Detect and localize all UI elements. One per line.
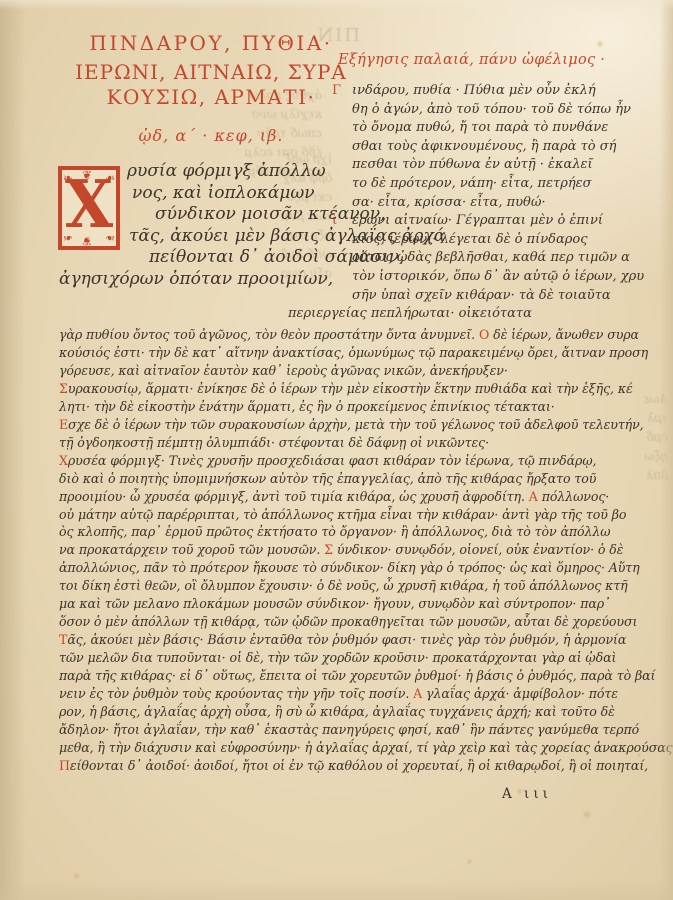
text-line: ρον, ἡ βάσις, ἀγλαΐας ἀρχὴ οὖσα, ἢ σὺ ὦ … (59, 703, 635, 721)
text-run: να προκατάρχειν τοῦ χοροῦ τῶν μουσῶν. (59, 542, 324, 557)
text-run: δὲ ἱέρων, ἄνωθεν συρα (489, 327, 639, 342)
text-run: ύνδικον· συνῳδόν, οἱονεί, οὐκ ἐναντίον· … (333, 542, 623, 557)
text-run: σῆν ὑπαὶ σχεῖν κιθάραν· τὰ δὲ τοιαῦτα (352, 288, 611, 303)
text-line: σῆν ὑπαὶ σχεῖν κιθάραν· τὰ δὲ τοιαῦτα (352, 287, 634, 306)
page-edge-shading (0, 880, 673, 900)
scholia-title: Εξήγησις παλαιά, πάνυ ὠφέλιμος · (338, 52, 633, 68)
text-line: το δὲ πρότερον, νάπη· εἶτα, πετρήεσ (352, 175, 634, 194)
text-run: είθονται δ᾽ ἀοιδοί· ἀοιδοί, ἤτοι οἱ ἐν τ… (70, 758, 648, 773)
text-line: γὰρ πυθίου ὄντος τοῦ ἀγῶνος, τὸν θεὸν πρ… (59, 326, 635, 344)
text-line: ἄδηλον· ἤτοι ἀγλαΐαν, τὴν καθ᾽ ἑκαστὰς π… (59, 721, 635, 739)
text-line: νος, καὶ ἰοπλοκάμων (132, 183, 339, 205)
red-initial: Σ (59, 381, 68, 396)
text-line: τὸν ἱστορικόν, ὅπω δ᾽ ἂν αὐτῷ ὁ ἱέρων, χ… (352, 268, 634, 287)
text-run: τῇ ὀγδοηκοστῇ πέμπτῃ ὀλυμπιάδι· στέφοντα… (59, 435, 489, 450)
text-run: ὅσον ὁ μὲν ἀπόλλων τῇ κιθάρᾳ, τῶν ᾠδῶν π… (59, 614, 637, 629)
text-run: ρον, ἡ βάσις, ἀγλαΐας ἀρχὴ οὖσα, ἢ σὺ ὦ … (59, 704, 615, 719)
text-run: τὸν ἱστορικόν, ὅπω δ᾽ ἂν αὐτῷ ὁ ἱέρων, χ… (352, 269, 644, 284)
text-line: μεθα, ἢ τὴν διάχυσιν καὶ εὐφροσύνην· ἡ ἀ… (59, 739, 635, 757)
text-run: τὸ ὄνομα πυθώ, ἤ τοι παρὰ τὸ πυνθάνε (352, 120, 608, 135)
text-line: Συρακουσίῳ, ἅρματι· ἐνίκησε δὲ ὁ ἱέρων τ… (59, 380, 635, 398)
text-line: σθαι τοὺς ἀφικνουμένους, ἢ παρὰ τὸ σή (352, 138, 634, 157)
text-run: τᾶς, ἀκούει μὲν βάσις ἀγλαΐας ἀρχά (129, 226, 445, 246)
text-line: Χρυσέα φόρμιγξ· Τινὲς χρυσῆν προσχεδιάσα… (59, 452, 635, 470)
text-run: ηξω (644, 449, 668, 463)
text-run: τρλ (647, 411, 668, 425)
text-line: Αωε (632, 390, 668, 409)
text-line: περιεργείας πεπλήρωται· οἰκειότατα (288, 305, 634, 324)
text-run: ινδάρου, πυθία · Πύθια μὲν οὖν ἐκλή (352, 83, 596, 98)
foxing-spot (582, 810, 592, 819)
text-run: σχε δὲ ὁ ἱέρων τὴν τῶν συρακουσίων ἀρχὴν… (68, 417, 644, 432)
text-run: οὐ μάτην αὐτῷ παρέρριπται, τὸ ἀπόλλωνος … (59, 507, 626, 522)
text-run: τοι δίκη ἐστὶ θεῶν, οἳ ὄλυμπον ἔχουσιν· … (59, 578, 628, 593)
text-line: ὅσον ὁ μὲν ἀπόλλων τῇ κιθάρᾳ, τῶν ᾠδῶν π… (59, 613, 635, 631)
text-run: λητι· τὴν δὲ εἰκοστὴν ἐνάτην ἅρματι, ἐς … (59, 399, 555, 414)
signature-mark: Α ιιι (502, 786, 552, 802)
text-run: ᾶς, ἀκούει μὲν βάσις· Βάσιν ἐνταῦθα τὸν … (67, 632, 626, 647)
red-initial: Α (525, 489, 538, 504)
poem-text: ρυσία φόρμιγξ ἀπόλλωνος, καὶ ἰοπλοκάμωνσ… (59, 161, 339, 290)
foxing-spot (596, 40, 604, 48)
text-line: τοι δίκη ἐστὶ θεῶν, οἳ ὄλυμπον ἔχουσιν· … (59, 577, 635, 595)
text-line: ρυσία φόρμιγξ ἀπόλλω (127, 161, 339, 183)
text-line: διὸ καὶ ὁ ποιητὴς ὑπομιμνήσκων αὐτὸν τῆς… (59, 470, 635, 488)
red-initial: Ε (59, 417, 68, 432)
ode-chapter-number: ᾠδ, α´ · κεφ, ιβ. (58, 126, 364, 145)
page-edge-shading (659, 0, 673, 900)
text-line: ἀγησιχόρων ὁπόταν προοιμίων, (59, 269, 339, 291)
ode-title-line1: ΠΙΝΔΑΡΟΥ, ΠΥΘΙΑ· (58, 30, 364, 56)
text-run: θη ὁ ἀγών, ἀπὸ τοῦ τόπου· τοῦ δὲ τόπω ἦν (352, 102, 631, 117)
text-line: Εσχε δὲ ὁ ἱέρων τὴν τῶν συρακουσίων ἀρχὴ… (59, 416, 635, 434)
red-initial: Ο (479, 327, 489, 342)
red-initial: Π (59, 758, 70, 773)
text-run: ἑβδ σαι εϲλμ (244, 145, 322, 159)
text-line: ἀπολλώνιος, πᾶν τὸ πρότερον ἤκουσε τὸ σύ… (59, 559, 635, 577)
text-line: προοιμίου· ὦ χρυσέα φόρμιγξ, ἀντὶ τοῦ τι… (59, 488, 635, 506)
text-line: Πείθονται δ᾽ ἀοιδοί· ἀοιδοί, ἤτοι οἱ ἐν … (59, 757, 635, 775)
page-edge-shading (0, 0, 673, 10)
text-line: πεσθαι τὸν πύθωνα ἐν αὐτῇ · ἐκαλεῖ (352, 156, 634, 175)
text-line: πείθονται δ᾽ ἀοιδοὶ σάμασιν, (149, 247, 339, 269)
ode-title-line3: ΚΟΥΣΙΩ, ΑΡΜΑΤΙ· (58, 85, 364, 110)
text-run: ρυσία φόρμιγξ ἀπόλλω (127, 161, 326, 181)
text-line: τῶν μελῶν δια τυποῦνται· οἱ δὲ, τὴν τῶν … (59, 649, 635, 667)
text-line: μα καὶ τῶν μελανο πλοκάμων μουσῶν σύνδικ… (59, 595, 635, 613)
text-line: γόρευσε, καὶ αἰτναῖον ἑαυτὸν καθ᾽ ἱεροὺς… (59, 362, 635, 380)
text-line: σα· εἶτα, κρίσσα· εἶτα, πυθώ· (352, 194, 634, 213)
text-run: μα καὶ τῶν μελανο πλοκάμων μουσῶν σύνδικ… (59, 596, 610, 611)
text-line: τᾶς, ἀκούει μὲν βάσις ἀγλαΐας ἀρχά (129, 226, 339, 248)
text-line: οὐ μάτην αὐτῷ παρέρριπται, τὸ ἀπόλλωνος … (59, 506, 635, 524)
text-run: Αωε (643, 392, 668, 406)
text-line: ηξω (632, 447, 668, 466)
text-line: τῇ ὀγδοηκοστῇ πέμπτῃ ὀλυμπιάδι· στέφοντα… (59, 434, 635, 452)
text-run: σθαι τοὺς ἀφικνουμένους, ἢ παρὰ τὸ σή (352, 139, 616, 154)
text-run: το δὲ πρότερον, νάπη· εἶτα, πετρήεσ (352, 176, 591, 191)
text-run: πόλλωνος· (538, 489, 609, 504)
red-initial: Σ (324, 542, 333, 557)
text-line: νειν ἐς τὸν ῥυθμὸν τοὺς κρούοντας τὴν γῆ… (59, 685, 635, 703)
text-run: πείθονται δ᾽ ἀοιδοὶ σάμασιν, (149, 247, 404, 267)
margin-red-initial: Γ (332, 82, 341, 101)
text-line: ἑβδ σαι εϲλμ (62, 143, 322, 162)
text-line: Γινδάρου, πυθία · Πύθια μὲν οὖν ἐκλή (352, 82, 634, 101)
text-line: θη ὁ ἀγών, ἀπὸ τοῦ τόπου· τοῦ δὲ τόπω ἦν (352, 101, 634, 120)
text-line: τὸ ὄνομα πυθώ, ἤ τοι παρὰ τὸ πυνθάνε (352, 119, 634, 138)
text-line: βπλ (632, 466, 668, 485)
page-edge-shading (0, 0, 26, 900)
foxing-spot (72, 872, 81, 880)
text-run: κούσιός ἐστι· τὴν δὲ κατ᾽ αἴτνην ἀνακτίσ… (59, 345, 648, 360)
text-run: τῶν μελῶν δια τυποῦνται· οἱ δὲ, τὴν τῶν … (59, 650, 616, 665)
show-through-text: Αωετρλϲμδηξωβπλ (632, 390, 668, 485)
text-run: ὸς κλοπῆς, παρ᾽ ἑρμοῦ πρῶτος ἐκτήσατο τὸ… (59, 524, 610, 539)
text-line: Τᾶς, ἀκούει μὲν βάσις· Βάσιν ἐνταῦθα τὸν… (59, 631, 635, 649)
book-page-scan: ΠΙΝ ἀχθὺς πρλωκεχίλμ ωνσϲπωδ τρᾶυἑβδ σαι… (0, 0, 673, 900)
red-initial: Α (413, 686, 422, 701)
scholia-column: Γινδάρου, πυθία · Πύθια μὲν οὖν ἐκλήθη ὁ… (352, 82, 634, 324)
ode-title-line2: ΙΕΡΩΝΙ, ΑΙΤΝΑΙΩ, ΣΥΡΑ (58, 60, 364, 85)
text-line: παρὰ τῆς κιθάρας· εἰ δ᾽ οὕτως, ἔπειτα οἱ… (59, 667, 635, 685)
text-run: νειν ἐς τὸν ῥυθμὸν τοὺς κρούοντας τὴν γῆ… (59, 686, 413, 701)
text-run: γόρευσε, καὶ αἰτναῖον ἑαυτὸν καθ᾽ ἱεροὺς… (59, 363, 508, 378)
text-run: προοιμίου· ὦ χρυσέα φόρμιγξ, ἀντὶ τοῦ τι… (59, 489, 525, 504)
red-initial: Χ (59, 453, 68, 468)
text-run: βπλ (646, 468, 668, 482)
text-line: ὸς κλοπῆς, παρ᾽ ἑρμοῦ πρῶτος ἐκτήσατο τὸ… (59, 523, 635, 541)
text-run: ἄδηλον· ἤτοι ἀγλαΐαν, τὴν καθ᾽ ἑκαστὰς π… (59, 722, 639, 737)
foxing-spot (466, 858, 473, 865)
text-run: μεθα, ἢ τὴν διάχυσιν καὶ εὐφροσύνην· ἡ ἀ… (59, 740, 673, 755)
text-line: να προκατάρχειν τοῦ χοροῦ τῶν μουσῶν. Σ … (59, 541, 635, 559)
text-run: παρὰ τῆς κιθάρας· εἰ δ᾽ οὕτως, ἔπειτα οἱ… (59, 668, 655, 683)
text-run: ἀγησιχόρων ὁπόταν προοιμίων, (59, 269, 333, 289)
text-run: νος, καὶ ἰοπλοκάμων (132, 183, 315, 203)
text-run: γλαΐας ἀρχά· ἀμφίβολον· πότε (422, 686, 618, 701)
text-line: κούσιός ἐστι· τὴν δὲ κατ᾽ αἴτνην ἀνακτίσ… (59, 344, 635, 362)
text-run: ρυσέα φόρμιγξ· Τινὲς χρυσῆν προσχεδιάσαι… (68, 453, 597, 468)
text-run: ϲμδ (646, 430, 668, 444)
text-line: σύνδικον μοισᾶν κτέανον, (155, 204, 339, 226)
text-run: ἀπολλώνιος, πᾶν τὸ πρότερον ἤκουσε τὸ σύ… (59, 560, 640, 575)
text-run: σύνδικον μοισᾶν κτέανον, (155, 204, 386, 224)
text-run: πεσθαι τὸν πύθωνα ἐν αὐτῇ · ἐκαλεῖ (352, 157, 593, 172)
text-run: διὸ καὶ ὁ ποιητὴς ὑπομιμνήσκων αὐτὸν τῆς… (59, 471, 596, 486)
text-run: γὰρ πυθίου ὄντος τοῦ ἀγῶνος, τὸν θεὸν πρ… (59, 327, 479, 342)
text-run: περιεργείας πεπλήρωται· οἰκειότατα (288, 306, 532, 321)
text-line: λητι· τὴν δὲ εἰκοστὴν ἐνάτην ἅρματι, ἐς … (59, 398, 635, 416)
text-run: υρακουσίῳ, ἅρματι· ἐνίκησε δὲ ὁ ἱέρων τὴ… (68, 381, 633, 396)
scholia-main-block: γὰρ πυθίου ὄντος τοῦ ἀγῶνος, τὸν θεὸν πρ… (59, 326, 635, 775)
ode-title-block: ΠΙΝΔΑΡΟΥ, ΠΥΘΙΑ· ΙΕΡΩΝΙ, ΑΙΤΝΑΙΩ, ΣΥΡΑ Κ… (58, 30, 364, 145)
